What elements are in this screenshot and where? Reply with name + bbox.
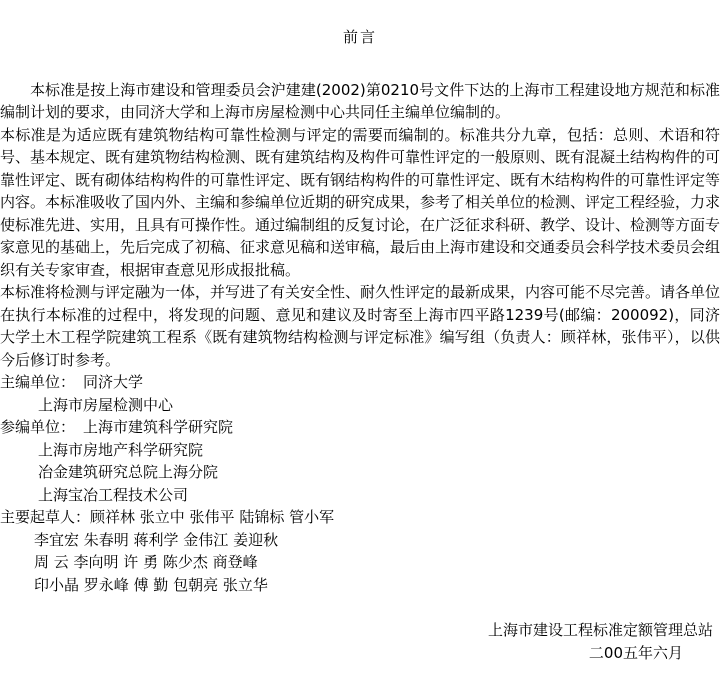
preface-body: 本标准是按上海市建设和管理委员会沪建建(2002)第0210号文件下达的上海市工… xyxy=(0,79,720,372)
editor-unit-line: 上海市房屋检测中心 xyxy=(0,394,720,417)
editor-unit-name: 上海宝冶工程技术公司 xyxy=(38,486,188,504)
editor-unit-name: 上海市房屋检测中心 xyxy=(38,396,173,414)
editor-unit-line: 主编单位：同济大学 xyxy=(0,371,720,394)
editor-unit-name: 冶金建筑研究总院上海分院 xyxy=(38,463,218,481)
drafter-label: 主要起草人： xyxy=(0,508,90,526)
paragraph-contents: 本标准是为适应既有建筑物结构可靠性检测与评定的需要而编制的。标准共分九章，包括：… xyxy=(0,124,720,282)
paragraph-mandate: 本标准是按上海市建设和管理委员会沪建建(2002)第0210号文件下达的上海市工… xyxy=(0,79,720,124)
document-page: 前言 本标准是按上海市建设和管理委员会沪建建(2002)第0210号文件下达的上… xyxy=(0,0,720,664)
editor-unit-line: 上海宝冶工程技术公司 xyxy=(0,484,720,507)
editor-unit-line: 上海市房地产科学研究院 xyxy=(0,439,720,462)
editor-unit-name: 上海市房地产科学研究院 xyxy=(38,441,203,459)
editor-unit-name: 上海市建筑科学研究院 xyxy=(83,418,233,436)
drafter-line: 主要起草人：顾祥林 张立中 张伟平 陆锦标 管小军 xyxy=(0,506,720,529)
signature-block: 上海市建设工程标准定额管理总站 二00五年六月 xyxy=(0,619,720,664)
drafter-line: 李宜宏 朱春明 蒋利学 金伟江 姜迎秋 xyxy=(0,529,720,552)
drafter-names: 印小晶 罗永峰 傅 勤 包朝亮 张立华 xyxy=(34,576,268,594)
editor-unit-line: 冶金建筑研究总院上海分院 xyxy=(0,461,720,484)
drafter-names: 顾祥林 张立中 张伟平 陆锦标 管小军 xyxy=(90,508,334,526)
publication-date: 二00五年六月 xyxy=(0,642,720,665)
page-title: 前言 xyxy=(0,26,720,49)
paragraph-feedback: 本标准将检测与评定融为一体，并写进了有关安全性、耐久性评定的最新成果，内容可能不… xyxy=(0,281,720,371)
editor-unit-label: 参编单位： xyxy=(0,418,75,436)
issuing-organization: 上海市建设工程标准定额管理总站 xyxy=(0,619,720,642)
drafter-line: 周 云 李向明 许 勇 陈少杰 商登峰 xyxy=(0,551,720,574)
editor-units-section: 主编单位：同济大学 上海市房屋检测中心 参编单位：上海市建筑科学研究院 上海市房… xyxy=(0,371,720,506)
editor-unit-label: 主编单位： xyxy=(0,373,75,391)
editor-unit-line: 参编单位：上海市建筑科学研究院 xyxy=(0,416,720,439)
editor-unit-name: 同济大学 xyxy=(83,373,143,391)
drafter-line: 印小晶 罗永峰 傅 勤 包朝亮 张立华 xyxy=(0,574,720,597)
drafter-names: 李宜宏 朱春明 蒋利学 金伟江 姜迎秋 xyxy=(34,531,278,549)
drafters-section: 主要起草人：顾祥林 张立中 张伟平 陆锦标 管小军 李宜宏 朱春明 蒋利学 金伟… xyxy=(0,506,720,596)
drafter-names: 周 云 李向明 许 勇 陈少杰 商登峰 xyxy=(34,553,258,571)
